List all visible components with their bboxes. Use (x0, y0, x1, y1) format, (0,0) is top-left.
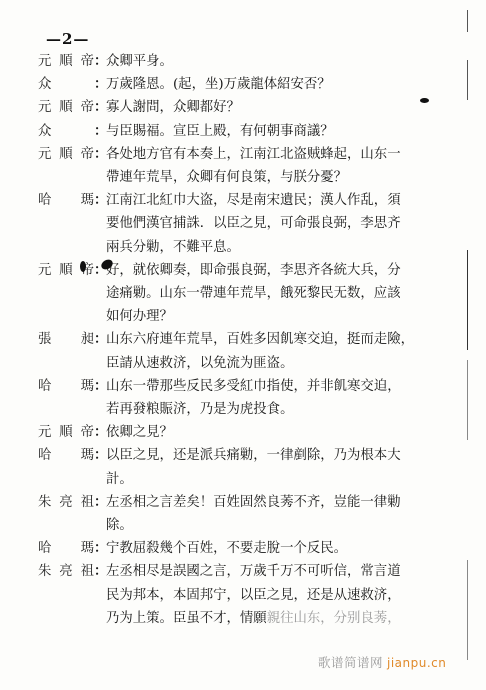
dialogue-line: 元順帝：寡人謝問，众卿都好？ (38, 96, 438, 119)
margin-rule (467, 560, 468, 660)
speaker-colon: ： (94, 73, 106, 96)
dialogue-line: 众：万歲隆恩。(起，坐)万歲龍体紹安否？ (38, 73, 438, 96)
dialogue-line: 張 昶：山东六府連年荒旱，百姓多因飢寒交迫，挺而走險， (38, 328, 438, 351)
dialogue-continuation: ：帶連年荒旱，众卿有何良策，与朕分憂？ (38, 166, 438, 189)
page-number: —2— (46, 30, 89, 48)
dialogue-text: 宁教屈殺幾个百姓，不要走脫一个反民。 (106, 537, 438, 560)
watermark-site: jianpu.cn (387, 656, 446, 670)
speaker-name: 朱亮祖 (38, 560, 94, 583)
speaker-name: 哈 瑪 (38, 444, 94, 467)
speaker-colon: ： (94, 375, 106, 398)
dialogue-text: 除。 (106, 514, 438, 537)
dialogue-line: 元順帝：依卿之見？ (38, 421, 438, 444)
speaker-name: 元順帝 (38, 96, 94, 119)
speaker-name: 元順帝 (38, 259, 94, 282)
speaker-name: 元順帝 (38, 50, 94, 73)
dialogue-text: 左丞相尽是誤國之言，万歲千万不可听信，常言道 (106, 560, 438, 583)
dialogue-continuation: ：民为邦本，本固邦宁，以臣之見，还是从速救济， (38, 584, 438, 607)
speaker-name: 哈 瑪 (38, 537, 94, 560)
dialogue-line: 哈 瑪：山东一帶那些反民多受紅巾指使，并非飢寒交迫， (38, 375, 438, 398)
dialogue-text: 途痛勦。山东一帶連年荒旱，餓死黎民无数，应該 (106, 282, 438, 305)
ink-blot (80, 261, 86, 272)
dialogue-line: 哈 瑪：江南江北紅巾大盗，尽是南宋遺民；漢人作乱，須 (38, 189, 438, 212)
speaker-name: 元順帝 (38, 143, 94, 166)
speaker-colon: ： (94, 444, 106, 467)
dialogue-line: 元順帝：众卿平身。 (38, 50, 438, 73)
dialogue-continuation: ：兩兵分勦，不難平息。 (38, 236, 438, 259)
margin-rule (467, 10, 468, 32)
dialogue-continuation: ：除。 (38, 514, 438, 537)
dialogue-text: 要他們漢官捕誅．以臣之見，可命張良弼，李思齐 (106, 212, 438, 235)
dialogue-text: 帶連年荒旱，众卿有何良策，与朕分憂？ (106, 166, 438, 189)
dialogue-continuation: ：如何办理？ (38, 305, 438, 328)
dialogue-text: 各处地方官有本奏上，江南江北盗贼蜂起，山东一 (106, 143, 438, 166)
dialogue-text: 山东一帶那些反民多受紅巾指使，并非飢寒交迫， (106, 375, 438, 398)
margin-rule (467, 360, 468, 440)
dialogue-continuation: ：臣請从速救济，以免流为匪盗。 (38, 352, 438, 375)
dialogue-continuation: ：途痛勦。山东一帶連年荒旱，餓死黎民无数，应該 (38, 282, 438, 305)
speaker-colon: ： (94, 50, 106, 73)
speaker-name: 众 (38, 73, 94, 96)
dialogue-line: 众：与臣賜福。宣臣上殿，有何朝事商議？ (38, 120, 438, 143)
dialogue-text: 好，就依卿奏，即命張良弼，李思齐各統大兵，分 (106, 259, 438, 282)
dialogue-line: 朱亮祖：左丞相尽是誤國之言，万歲千万不可听信，常言道 (38, 560, 438, 583)
margin-rule (467, 60, 468, 100)
dialogue-text: 左丞相之言差矣！百姓固然良莠不齐，豈能一律勦 (106, 491, 438, 514)
dialogue-text: 以臣之見，还是派兵痛勦，一律剷除，乃为根本大 (106, 444, 438, 467)
speaker-name: 哈 瑪 (38, 375, 94, 398)
dialogue-text: 如何办理？ (106, 305, 438, 328)
dialogue-continuation: ：要他們漢官捕誅．以臣之見，可命張良弼，李思齐 (38, 212, 438, 235)
dialogue-text: 山东六府連年荒旱，百姓多因飢寒交迫，挺而走險， (106, 328, 438, 351)
dialogue-text: 与臣賜福。宣臣上殿，有何朝事商議？ (106, 120, 438, 143)
speaker-name: 張 昶 (38, 328, 94, 351)
dialogue-text: 兩兵分勦，不難平息。 (106, 236, 438, 259)
speaker-colon: ： (94, 491, 106, 514)
dialogue-text: 臣請从速救济，以免流为匪盗。 (106, 352, 438, 375)
watermark: 歌谱简谱网jianpu.cn (318, 653, 446, 671)
speaker-colon: ： (94, 189, 106, 212)
speaker-name: 元順帝 (38, 421, 94, 444)
speaker-name: 哈 瑪 (38, 189, 94, 212)
dialogue-continuation: ：計。 (38, 468, 438, 491)
dialogue-line: 元順帝：各处地方官有本奏上，江南江北盗贼蜂起，山东一 (38, 143, 438, 166)
dialogue-line: 哈 瑪：宁教屈殺幾个百姓，不要走脫一个反民。 (38, 537, 438, 560)
dialogue-text: 依卿之見？ (106, 421, 438, 444)
dialogue-continuation: ：若再發粮賑济，乃是为虎投食。 (38, 398, 438, 421)
dialogue-text: 江南江北紅巾大盗，尽是南宋遺民；漢人作乱，須 (106, 189, 438, 212)
watermark-text: 歌谱简谱网 (318, 655, 383, 670)
speaker-name: 朱亮祖 (38, 491, 94, 514)
dialogue-line: 朱亮祖：左丞相之言差矣！百姓固然良莠不齐，豈能一律勦 (38, 491, 438, 514)
dialogue-line: 哈 瑪：以臣之見，还是派兵痛勦，一律剷除，乃为根本大 (38, 444, 438, 467)
script-dialogue: 元順帝：众卿平身。众：万歲隆恩。(起，坐)万歲龍体紹安否？元順帝：寡人謝問，众卿… (38, 50, 438, 630)
dialogue-text: 民为邦本，本固邦宁，以臣之見，还是从速救济， (106, 584, 438, 607)
speaker-colon: ： (94, 328, 106, 351)
speaker-colon: ： (94, 560, 106, 583)
speaker-colon: ： (94, 421, 106, 444)
speaker-colon: ： (94, 143, 106, 166)
speaker-colon: ： (94, 537, 106, 560)
speaker-colon: ： (94, 96, 106, 119)
dialogue-text: 若再發粮賑济，乃是为虎投食。 (106, 398, 438, 421)
speaker-name: 众 (38, 120, 94, 143)
dialogue-text: 計。 (106, 468, 438, 491)
faded-text-tail: 親往山东，分别良莠， (267, 607, 401, 630)
dialogue-line: 元順帝：好，就依卿奏，即命張良弼，李思齐各統大兵，分 (38, 259, 438, 282)
dialogue-text: 众卿平身。 (106, 50, 438, 73)
ink-blot (420, 98, 429, 103)
dialogue-text: 万歲隆恩。(起，坐)万歲龍体紹安否？ (106, 73, 438, 96)
margin-rule (467, 250, 468, 350)
dialogue-text: 寡人謝問，众卿都好？ (106, 96, 438, 119)
scanned-page: —2— 元順帝：众卿平身。众：万歲隆恩。(起，坐)万歲龍体紹安否？元順帝：寡人謝… (0, 0, 486, 690)
speaker-colon: ： (94, 120, 106, 143)
